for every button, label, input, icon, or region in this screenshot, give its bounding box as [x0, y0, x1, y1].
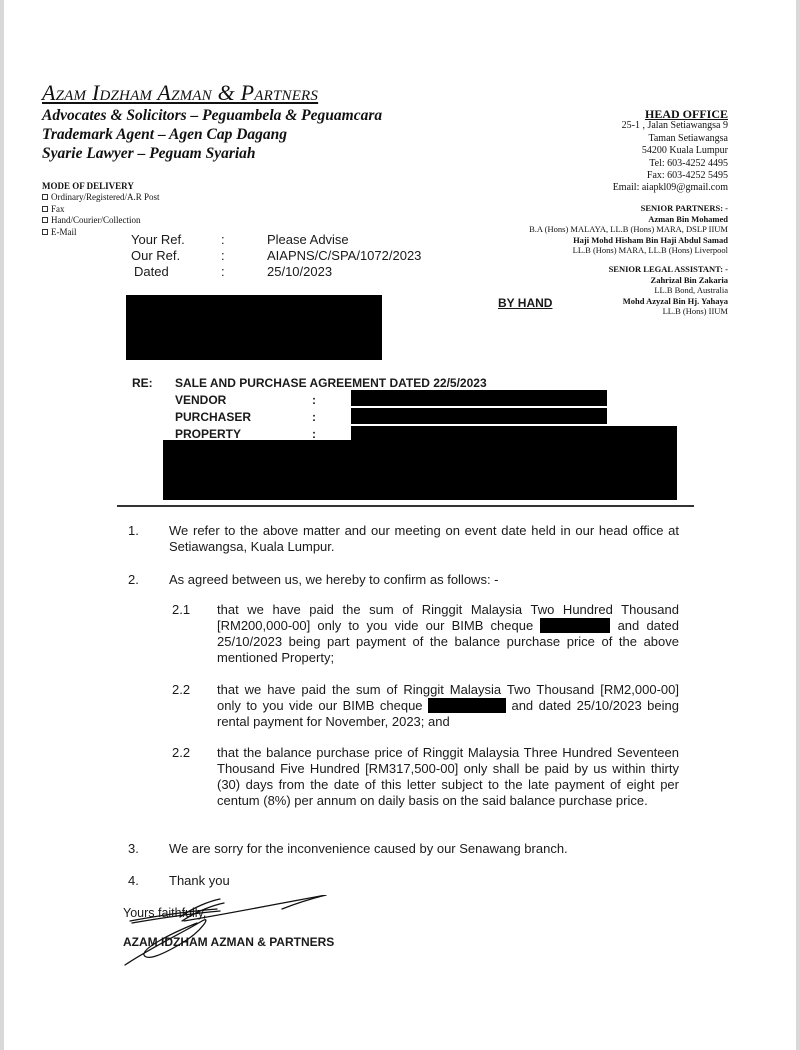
delivery-option-post: Ordinary/Registered/A.R Post: [42, 192, 160, 203]
checkbox-icon: [42, 217, 48, 223]
paragraph-number: 1.: [128, 523, 139, 539]
partner-quals: B.A (Hons) MALAYA, LL.B (Hons) MARA, DSL…: [529, 224, 728, 235]
checkbox-icon: [42, 194, 48, 200]
partner-name: Azman Bin Mohamed: [529, 214, 728, 225]
head-office-title: HEAD OFFICE: [613, 108, 728, 120]
our-ref-value: AIAPNS/C/SPA/1072/2023: [267, 248, 421, 264]
assistant-name: Zahrizal Bin Zakaria: [609, 275, 728, 286]
email-line: Email: aiapkl09@gmail.com: [613, 182, 728, 194]
checkbox-icon: [42, 206, 48, 212]
paragraph-number: 4.: [128, 873, 139, 889]
tagline-advocates: Advocates & Solicitors – Peguambela & Pe…: [42, 107, 382, 125]
paragraph-3: We are sorry for the inconvenience cause…: [169, 841, 679, 857]
assistant-quals: LL.B (Hons) IIUM: [609, 306, 728, 317]
dated-value: 25/10/2023: [267, 264, 421, 280]
paragraph-number: 3.: [128, 841, 139, 857]
redacted-property-details: [163, 440, 677, 500]
fax-line: Fax: 603-4252 5495: [613, 170, 728, 182]
head-office-block: HEAD OFFICE 25-1 , Jalan Setiawangsa 9 T…: [613, 108, 728, 195]
re-label: RE:: [132, 376, 153, 390]
subject-title: SALE AND PURCHASE AGREEMENT DATED 22/5/2…: [175, 376, 487, 390]
vendor-row: VENDOR:: [175, 392, 316, 409]
divider-line: [117, 505, 694, 507]
partner-name: Haji Mohd Hisham Bin Haji Abdul Samad: [529, 235, 728, 246]
ref-row-your: Your Ref. : Please Advise: [131, 232, 421, 248]
redacted-cheque-number: [428, 698, 506, 713]
paragraph-4: Thank you: [169, 873, 679, 889]
senior-partners-block: SENIOR PARTNERS: - Azman Bin Mohamed B.A…: [529, 203, 728, 256]
delivery-option-fax: Fax: [42, 204, 160, 215]
address-line: 54200 Kuala Lumpur: [613, 145, 728, 157]
paragraph-2-1: that we have paid the sum of Ringgit Mal…: [217, 602, 679, 666]
letter-page: Azam Idzham Azman & Partners Advocates &…: [4, 0, 796, 1050]
phone-line: Tel: 603-4252 4495: [613, 158, 728, 170]
senior-legal-assistant-block: SENIOR LEGAL ASSISTANT: - Zahrizal Bin Z…: [609, 264, 728, 317]
paragraph-2-3: that the balance purchase price of Ringg…: [217, 745, 679, 809]
redacted-recipient-address: [126, 295, 382, 360]
assistant-quals: LL.B Bond, Australia: [609, 285, 728, 296]
assistant-name: Mohd Azyzal Bin Hj. Yahaya: [609, 296, 728, 307]
signature-icon: [122, 895, 352, 970]
ref-row-our: Our Ref. : AIAPNS/C/SPA/1072/2023: [131, 248, 421, 264]
subject-details: VENDOR: PURCHASER: PROPERTY:: [175, 392, 316, 443]
redacted-vendor: [351, 390, 607, 406]
purchaser-row: PURCHASER:: [175, 409, 316, 426]
mode-of-delivery: MODE OF DELIVERY Ordinary/Registered/A.R…: [42, 181, 160, 238]
paragraph-1: We refer to the above matter and our mee…: [169, 523, 679, 555]
paragraph-number: 2.1: [172, 602, 190, 618]
redacted-cheque-number: [540, 618, 610, 633]
mode-of-delivery-title: MODE OF DELIVERY: [42, 181, 160, 192]
your-ref-value: Please Advise: [267, 232, 421, 248]
delivery-method: BY HAND: [498, 296, 552, 310]
senior-legal-assistant-title: SENIOR LEGAL ASSISTANT: -: [609, 264, 728, 275]
delivery-option-hand: Hand/Courier/Collection: [42, 215, 160, 226]
paragraph-2-2: that we have paid the sum of Ringgit Mal…: [217, 682, 679, 730]
paragraph-number: 2.2: [172, 745, 190, 761]
tagline-syarie: Syarie Lawyer – Peguam Syariah: [42, 145, 256, 163]
partner-quals: LL.B (Hons) MARA, LL.B (Hons) Liverpool: [529, 245, 728, 256]
ref-row-dated: Dated : 25/10/2023: [131, 264, 421, 280]
firm-name: Azam Idzham Azman & Partners: [42, 80, 318, 106]
paragraph-2: As agreed between us, we hereby to confi…: [169, 572, 679, 588]
checkbox-icon: [42, 229, 48, 235]
senior-partners-title: SENIOR PARTNERS: -: [529, 203, 728, 214]
tagline-trademark: Trademark Agent – Agen Cap Dagang: [42, 126, 287, 144]
address-line: 25-1 , Jalan Setiawangsa 9: [613, 120, 728, 132]
paragraph-number: 2.2: [172, 682, 190, 698]
paragraph-number: 2.: [128, 572, 139, 588]
redacted-purchaser: [351, 408, 607, 424]
address-line: Taman Setiawangsa: [613, 133, 728, 145]
reference-table: Your Ref. : Please Advise Our Ref. : AIA…: [131, 232, 421, 280]
